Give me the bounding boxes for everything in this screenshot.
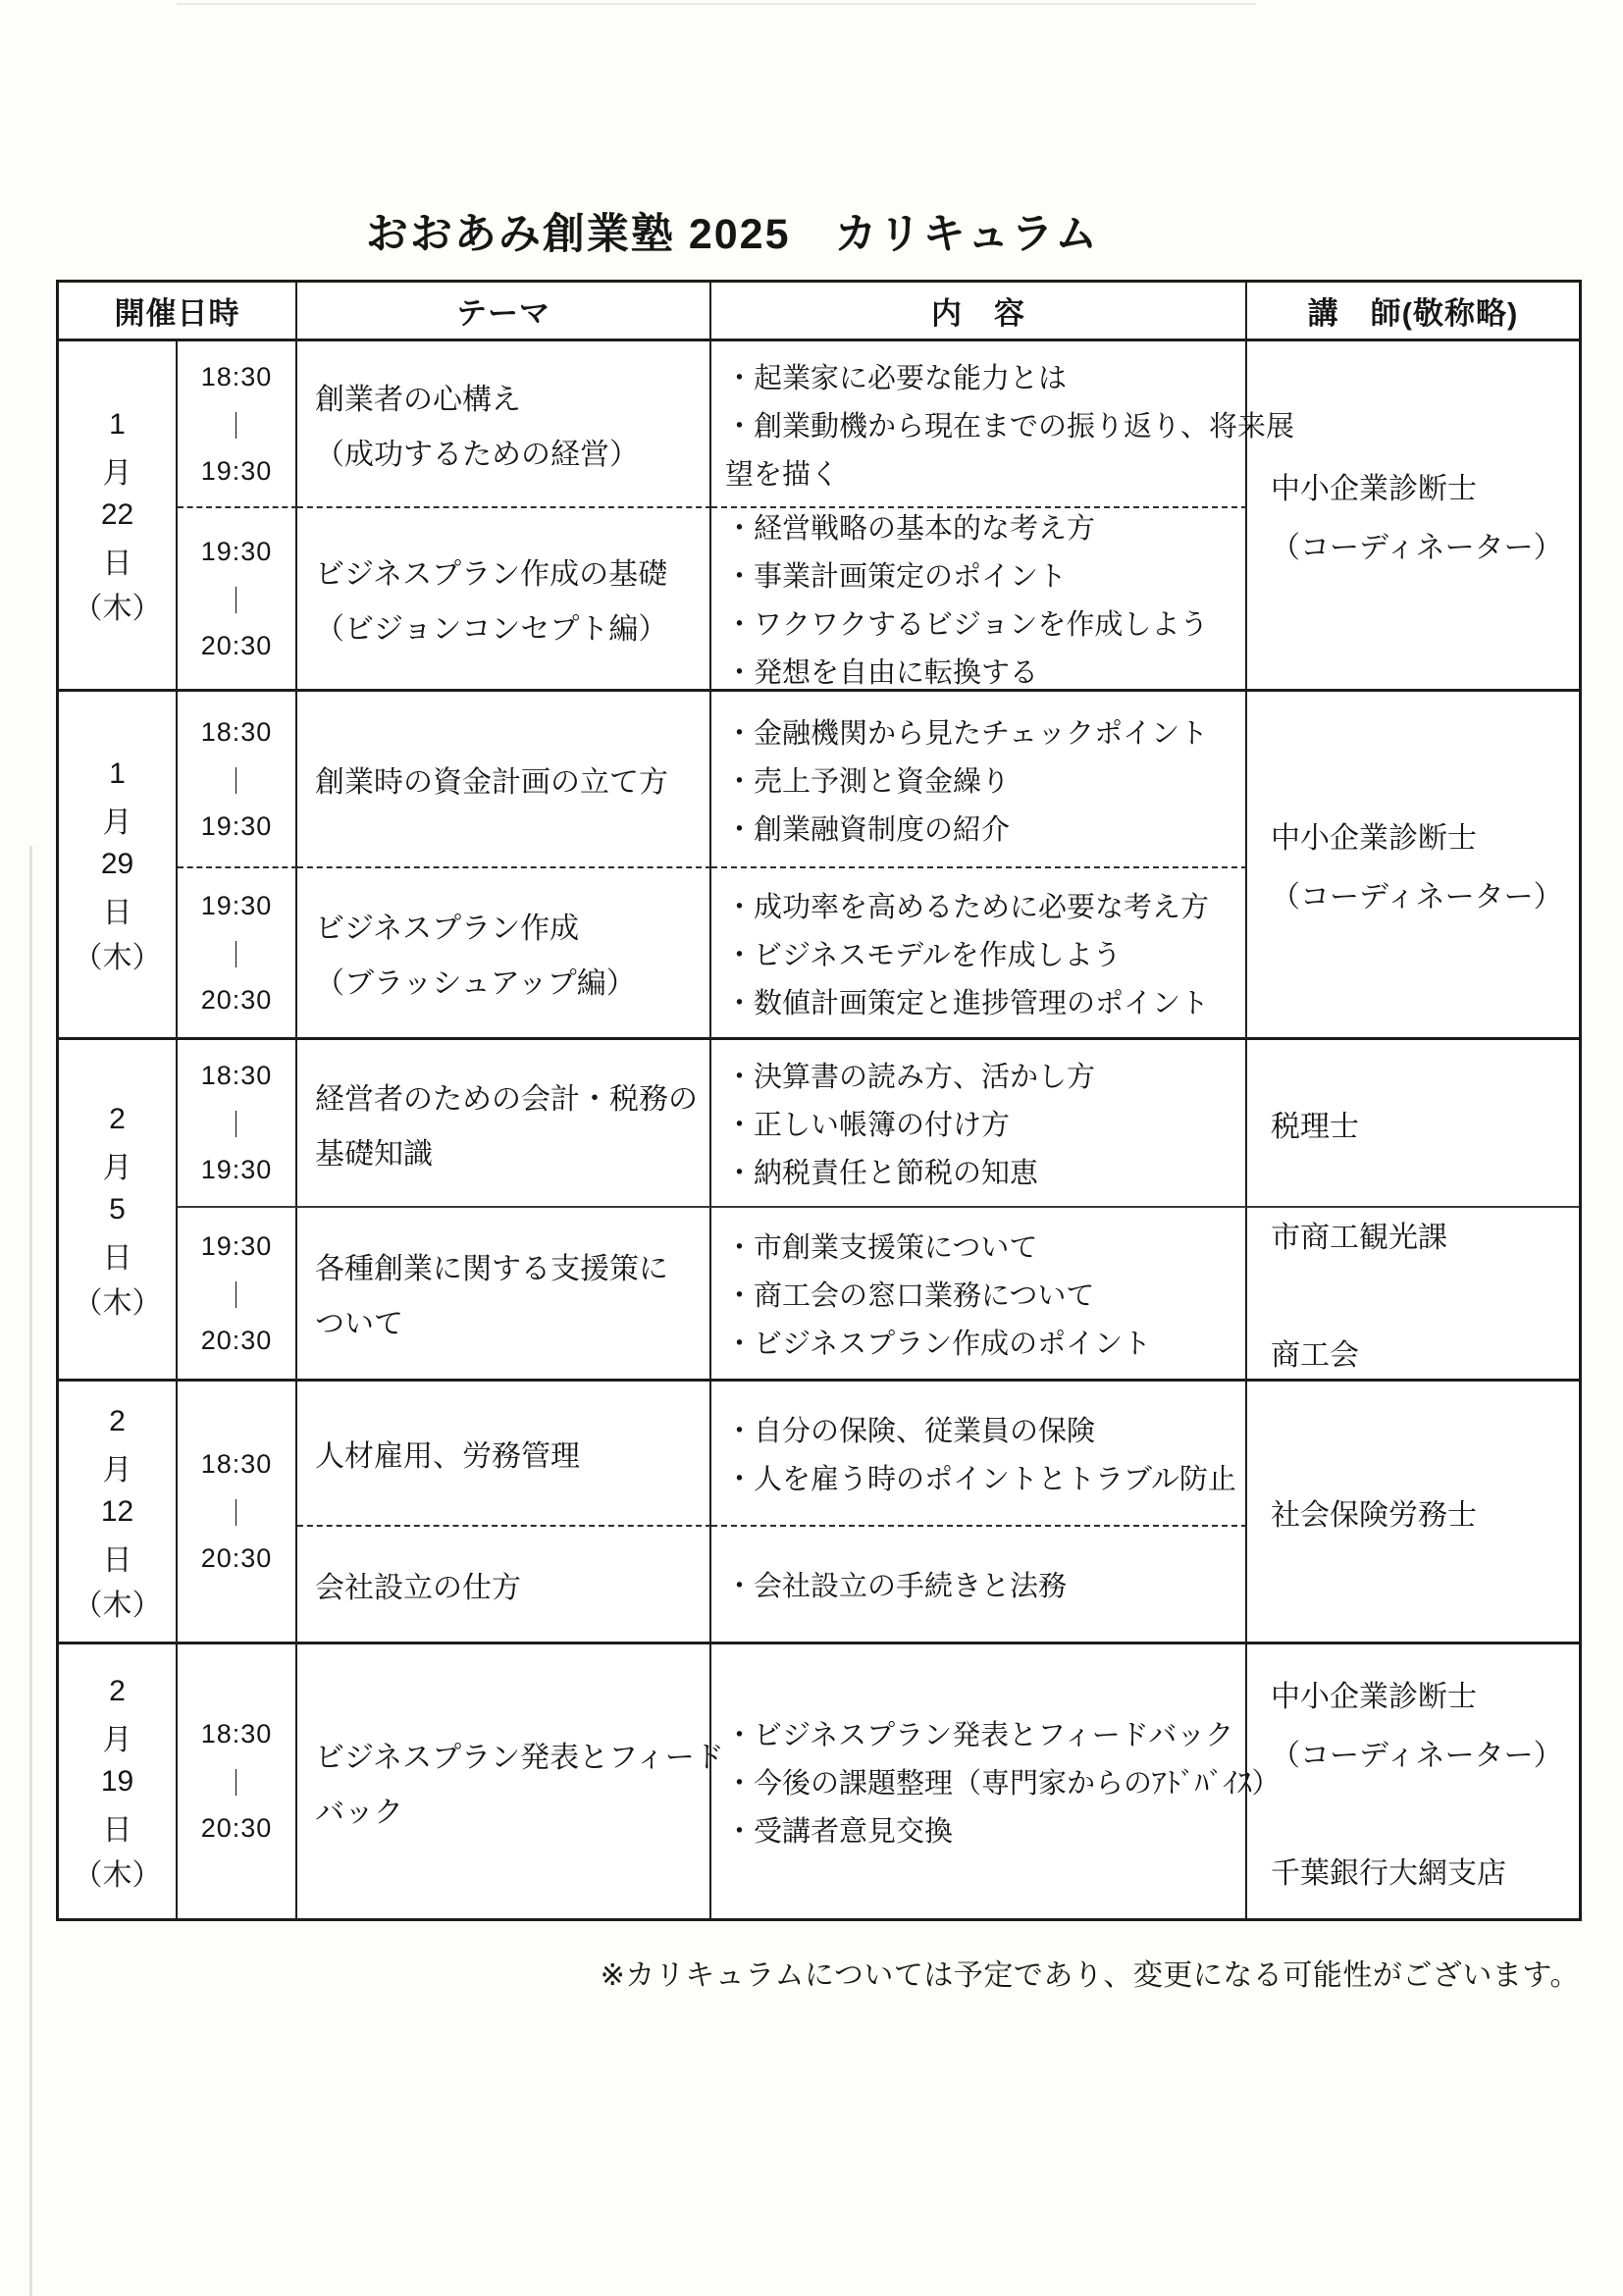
time-line: 18:30	[201, 1711, 273, 1758]
content-line: ・人を雇う時のポイントとトラブル防止	[725, 1453, 1236, 1501]
content-cell-row3-s1: ・決算書の読み方、活かし方・正しい帳簿の付け方・納税責任と節税の知恵	[711, 1040, 1247, 1208]
lecturer-line: （コーディネーター）	[1271, 864, 1563, 923]
content-line: ・金融機関から見たチェックポイント	[725, 707, 1208, 756]
content-cell-row2-s2: ・成功率を高めるために必要な考え方・ビジネスモデルを作成しよう・数値計画策定と進…	[711, 868, 1247, 1040]
lecturer-line: 千葉銀行大網支店	[1271, 1841, 1506, 1900]
theme-line: （成功するための経営）	[315, 424, 639, 479]
time-line: ｜	[223, 1270, 250, 1317]
time-line: ｜	[223, 929, 250, 976]
content-cell-row4-s1: ・自分の保険、従業員の保険・人を雇う時のポイントとトラブル防止	[711, 1382, 1247, 1527]
date-line: 月	[103, 1142, 132, 1187]
lecturer-cell-row3-s2: 市商工観光課商工会	[1247, 1208, 1579, 1382]
theme-line: 人材雇用、労務管理	[315, 1426, 580, 1481]
theme-cell-row1-s1: 創業者の心構え（成功するための経営）	[297, 341, 711, 508]
time-cell-row1-s2: 19:30｜20:30	[178, 508, 297, 692]
scan-artifact-top-line	[177, 3, 1256, 5]
time-cell-row2-s2: 19:30｜20:30	[178, 868, 297, 1040]
date-line: （木）	[74, 1278, 162, 1323]
theme-cell-row2-s1: 創業時の資金計画の立て方	[297, 692, 711, 868]
theme-cell-row5: ビジネスプラン発表とフィードバック	[297, 1644, 711, 1918]
date-line: 月	[103, 447, 132, 493]
date-cell-row3: 2月5日（木）	[59, 1040, 178, 1382]
content-line: ・自分の保険、従業員の保険	[725, 1405, 1095, 1453]
lecturer-cell-row3-s1: 税理士	[1247, 1040, 1579, 1208]
content-line: ・売上予測と資金繰り	[725, 756, 1010, 804]
time-cell-row4: 18:30｜20:30	[178, 1382, 297, 1644]
lecturer-line: 商工会	[1271, 1323, 1359, 1382]
time-line: ｜	[223, 400, 250, 447]
time-line: ｜	[223, 1758, 250, 1805]
content-line: ・納税責任と節税の知恵	[725, 1147, 1038, 1195]
content-line: ・ビジネスモデルを作成しよう	[725, 929, 1122, 977]
content-line: ・市創業支援策について	[725, 1222, 1037, 1270]
content-cell-row5: ・ビジネスプラン発表とフィードバック・今後の課題整理（専門家からのｱﾄﾞﾊﾞｲｽ…	[711, 1644, 1247, 1918]
date-line: （木）	[74, 1580, 162, 1625]
header-lecturer: 講 師(敬称略)	[1247, 283, 1579, 341]
date-cell-row1: 1月22日（木）	[59, 341, 178, 692]
date-line: 22	[101, 493, 133, 538]
theme-cell-row1-s2: ビジネスプラン作成の基礎（ビジョンコンセプト編）	[297, 508, 711, 692]
date-line: 1	[109, 402, 126, 447]
theme-line: 会社設立の仕方	[315, 1557, 521, 1612]
date-cell-row4: 2月12日（木）	[59, 1382, 178, 1644]
theme-line: バック	[315, 1782, 403, 1837]
theme-line: 経営者のための会計・税務の	[315, 1069, 698, 1123]
date-line: （木）	[74, 932, 162, 977]
date-line: 2	[109, 1399, 126, 1444]
date-line: 2	[109, 1669, 126, 1714]
theme-cell-row4-s1: 人材雇用、労務管理	[297, 1382, 711, 1527]
theme-cell-row2-s2: ビジネスプラン作成（ブラッシュアップ編）	[297, 868, 711, 1040]
header-content: 内 容	[711, 283, 1247, 341]
date-line: 月	[103, 797, 132, 842]
content-line: ・決算書の読み方、活かし方	[725, 1051, 1095, 1099]
content-line: ・ビジネスプラン作成のポイント	[725, 1318, 1151, 1366]
time-line: 19:30	[201, 882, 273, 929]
date-line: 12	[101, 1489, 133, 1535]
date-line: 日	[103, 1804, 132, 1850]
time-line: 20:30	[201, 622, 273, 669]
content-line: ・創業融資制度の紹介	[725, 804, 1010, 852]
theme-line: 基礎知識	[315, 1123, 433, 1178]
lecturer-line: 中小企業診断士	[1271, 806, 1477, 864]
time-line: 19:30	[201, 1223, 273, 1270]
time-line: 20:30	[201, 1317, 273, 1364]
time-line: 20:30	[201, 1805, 273, 1852]
theme-line: （ビジョンコンセプト編）	[315, 599, 667, 653]
theme-cell-row4-s2: 会社設立の仕方	[297, 1527, 711, 1644]
content-line: ・起業家に必要な能力とは	[725, 352, 1067, 400]
date-line: 1	[109, 752, 126, 797]
date-cell-row2: 1月29日（木）	[59, 692, 178, 1040]
lecturer-cell-row2: 中小企業診断士（コーディネーター）	[1247, 692, 1579, 1040]
date-line: 月	[103, 1714, 132, 1759]
time-line: ｜	[223, 1100, 250, 1147]
header-theme: テーマ	[297, 283, 711, 341]
lecturer-cell-row4: 社会保険労務士	[1247, 1382, 1579, 1644]
content-cell-row3-s2: ・市創業支援策について・商工会の窓口業務について・ビジネスプラン作成のポイント	[711, 1208, 1247, 1382]
content-line: ・受講者意見交換	[725, 1805, 953, 1853]
date-line: 日	[103, 887, 132, 932]
content-line: ・ワクワクするビジョンを作成しよう	[725, 599, 1208, 647]
time-line: 19:30	[201, 1147, 273, 1194]
time-cell-row3-s2: 19:30｜20:30	[178, 1208, 297, 1382]
lecturer-line: 市商工観光課	[1271, 1205, 1447, 1264]
time-cell-row2-s1: 18:30｜19:30	[178, 692, 297, 868]
lecturer-line: （コーディネーター）	[1271, 515, 1563, 574]
lecturer-line: 中小企業診断士	[1271, 456, 1477, 515]
theme-line: ついて	[315, 1293, 403, 1348]
content-line: ・創業動機から現在までの振り返り、将来展	[725, 400, 1294, 448]
curriculum-table: 開催日時 テーマ 内 容 講 師(敬称略) 1月22日（木） 18:30｜19:…	[56, 280, 1582, 1921]
content-cell-row2-s1: ・金融機関から見たチェックポイント・売上予測と資金繰り・創業融資制度の紹介	[711, 692, 1247, 868]
time-cell-row3-s1: 18:30｜19:30	[178, 1040, 297, 1208]
theme-line: ビジネスプラン発表とフィード	[315, 1727, 724, 1782]
theme-line: 各種創業に関する支援策に	[315, 1238, 668, 1293]
time-line: 19:30	[201, 803, 273, 850]
time-line: 20:30	[201, 1536, 273, 1583]
content-line: ・商工会の窓口業務について	[725, 1270, 1094, 1318]
theme-line: ビジネスプラン作成	[315, 898, 579, 953]
theme-line: 創業者の心構え	[315, 369, 521, 424]
content-line: ・正しい帳簿の付け方	[725, 1099, 1010, 1147]
content-cell-row1-s1: ・起業家に必要な能力とは・創業動機から現在までの振り返り、将来展望を描く	[711, 341, 1247, 508]
lecturer-line: 中小企業診断士	[1271, 1664, 1477, 1723]
lecturer-line: 社会保険労務士	[1271, 1483, 1477, 1541]
content-line: ・発想を自由に転換する	[725, 647, 1038, 695]
content-cell-row4-s2: ・会社設立の手続きと法務	[711, 1527, 1247, 1644]
theme-cell-row3-s2: 各種創業に関する支援策について	[297, 1208, 711, 1382]
page-title: おおあみ創業塾 2025 カリキュラム	[0, 201, 1495, 270]
content-line: ・事業計画策定のポイント	[725, 550, 1067, 599]
content-line: ・ビジネスプラン発表とフィードバック	[725, 1709, 1233, 1757]
header-datetime: 開催日時	[59, 283, 297, 341]
date-line: 日	[103, 1535, 132, 1580]
time-line: 20:30	[201, 976, 273, 1023]
date-line: 29	[101, 842, 133, 887]
theme-line: 創業時の資金計画の立て方	[315, 752, 668, 807]
date-line: 19	[101, 1759, 133, 1804]
lecturer-cell-row1: 中小企業診断士（コーディネーター）	[1247, 341, 1579, 692]
content-line: ・数値計画策定と進捗管理のポイント	[725, 977, 1209, 1025]
scan-artifact-left-line	[29, 846, 32, 2296]
lecturer-line: 税理士	[1271, 1094, 1359, 1153]
theme-line: ビジネスプラン作成の基礎	[315, 544, 667, 599]
theme-line: （ブラッシュアップ編）	[315, 953, 636, 1008]
time-cell-row1-s1: 18:30｜19:30	[178, 341, 297, 508]
content-line: ・経営戦略の基本的な考え方	[725, 502, 1095, 550]
time-line: 18:30	[201, 353, 273, 400]
date-line: （木）	[74, 1850, 162, 1895]
time-line: 19:30	[201, 447, 273, 495]
theme-cell-row3-s1: 経営者のための会計・税務の基礎知識	[297, 1040, 711, 1208]
content-line: ・会社設立の手続きと法務	[725, 1560, 1067, 1608]
time-line: 18:30	[201, 1441, 273, 1488]
lecturer-line: （コーディネーター）	[1271, 1723, 1563, 1782]
time-cell-row5: 18:30｜20:30	[178, 1644, 297, 1918]
date-line: 日	[103, 538, 132, 583]
footer-note: ※カリキュラムについては予定であり、変更になる可能性がございます。	[56, 1951, 1580, 1994]
time-line: 18:30	[201, 1053, 273, 1100]
content-line: ・成功率を高めるために必要な考え方	[725, 881, 1209, 929]
content-line: 望を描く	[725, 448, 839, 496]
date-line: 日	[103, 1232, 132, 1278]
time-line: ｜	[223, 1488, 250, 1536]
lecturer-cell-row5: 中小企業診断士（コーディネーター）千葉銀行大網支店	[1247, 1644, 1579, 1918]
date-line: 5	[109, 1187, 126, 1232]
date-line: 月	[103, 1444, 132, 1489]
date-line: 2	[109, 1097, 126, 1142]
date-line: （木）	[74, 583, 162, 628]
time-line: 19:30	[201, 528, 273, 575]
content-cell-row1-s2: ・経営戦略の基本的な考え方・事業計画策定のポイント・ワクワクするビジョンを作成し…	[711, 508, 1247, 692]
time-line: ｜	[223, 756, 250, 803]
time-line: 18:30	[201, 708, 273, 756]
date-cell-row5: 2月19日（木）	[59, 1644, 178, 1918]
content-line: ・今後の課題整理（専門家からのｱﾄﾞﾊﾞｲｽ）	[725, 1757, 1281, 1805]
time-line: ｜	[223, 575, 250, 622]
